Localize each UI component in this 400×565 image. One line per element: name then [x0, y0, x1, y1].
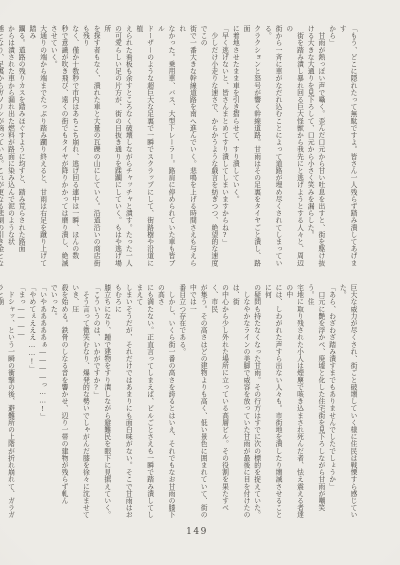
text-column: が集う。その高さはどの建物よりも高く、低い景色に囲まれていて、街の中では一 [187, 284, 208, 524]
text-column: 大通りの端から端までたっぷり踏み躙り終えると、甘雨は右足を蹴り上げて踏み [26, 25, 47, 273]
text-column: 街で一番大きな幹線道路を南へ進んでいく。悲鳴を上げる時間さえも与えられ [176, 25, 197, 273]
text-column: 宅地に取り残された小人は煙塵で咳き込まされ死んだ者、怯え震える者達の中 [283, 284, 304, 524]
text-column: 「もう、どこに隠れたって無駄ですよ。皆さん一人残らず踏み潰してあげます [337, 25, 358, 273]
text-column: に着地させたまま車を引き摺らせて、すり潰していく。 [230, 25, 241, 273]
text-column: 甘雨が熱っぽい声で囁く。歪んだ口元から甘い吐息を出すと、街を駆け抜 [315, 25, 326, 273]
text-column: ドーザーのような超巨大な足裏で一瞬でスクラップにして、街路樹や沿道に植 [133, 25, 154, 273]
text-column: 番目立つ存在である。 [176, 284, 187, 524]
bottom-text-block: 巨大な威力が尽くされ、街ごと破壊していく様に住民は戦慄すら感じていた。「あら、わ… [0, 284, 358, 524]
text-column: ドシャッ、という一瞬の衝撃の後、避難所の上階が折れ崩れて、ガラガラと崩 [0, 284, 16, 524]
text-column: 「早く逃げないと、皆さんまとめてすり潰してしまいますからね?」 [219, 25, 230, 273]
text-column: 「まっ―――― [16, 284, 27, 524]
text-column: 巨大な威力が尽くされ、街ごと破壊していく様に住民は戦慄すら感じていた。 [337, 284, 358, 524]
text-column: 躙る。道路の残りカスを踏みほぐすように均すと、踏み荒らされた路面 [16, 25, 27, 273]
text-column: しまいそうだが、それだけではあまりにも面白味がない。そこで甘雨はおもむろに [112, 284, 133, 524]
text-column: の可愛らしい足の片方が、街の目抜き通りを蹂躙にしていく。もはや逃げ場所 [101, 25, 122, 273]
text-column: えられた看板も余すところなく破壊しながらチャッチャと潰す。たった一人 [123, 25, 134, 273]
text-column: でいった。 [48, 284, 59, 524]
text-column: 少しだけ小走りな速さで、からかうような戯言を紡ぎつつ、絶望的な速度でこの [197, 25, 218, 273]
text-column: 「あら、わざわざ踏み潰すまでもありませんでしたでしょうか」 [326, 284, 337, 524]
text-column: の中心から少し外れた場所に立っている高層ビル。その役割を果たすべく、市民 [208, 284, 229, 524]
text-column: しかし、いくら街一番の高さを誇るとはいえ、それでもなお甘雨の膝下の高さ [155, 284, 176, 524]
text-column: 口元に艶を浮かべ、廃墟と化した住宅街を見下ろしながら甘雨が嘲笑う。住 [304, 284, 325, 524]
text-column: なく、僅か十数秒で市内はあちこち崩れ、逃げ回る連中は一瞬、ほんの数 [69, 25, 80, 273]
text-column: 膝立ちになり、踵で建物をすり潰しながら避難民を眼下に見据えていく。 [101, 284, 112, 524]
text-column: 街を踏み潰し暴れ回る巨大怪獣から我先にと逃げようとする人々と、周辺の [283, 25, 304, 273]
text-column: ける大きな大通りを見下ろして、口元から小さく笑みを漏らした。 [304, 25, 315, 273]
text-column: 秒で意識が吹き飛び、遠くの街でもタイヤが降りかかっては磨り潰し、絶滅させていく。 [48, 25, 69, 273]
text-column: そう言って微笑むなり、爆発的な勢いでしゃがんだ膝を徐々に沈ませていき、圧 [69, 284, 90, 524]
page-number: 149 [0, 527, 394, 537]
text-column: 殺を始める。鉄骨のしなる音を響かせ、辺り一帯の建物が残らず軋ん [58, 284, 69, 524]
text-column: クラクションと怒号が響く幹線道路。甘雨はその足裏をタイヤごと潰し、路面 [240, 25, 261, 273]
text-column: からは潰された車から漏れ出た燃料が路面に染み込んで泥のような状 [5, 25, 16, 273]
book-page: 「もう、どこに隠れたって無駄ですよ。皆さん一人残らず踏み潰してあげますから」 甘… [0, 0, 400, 565]
text-column: にも満たない。正直言ってしまえば、ビルごとさえも一瞬で踏み潰してしまえて [133, 284, 154, 524]
text-column: を探す者もなく、潰れた車と大量の瓦礫の山にしていく。沿道沿いの商店街も残り [80, 25, 101, 273]
text-column: 「こういうのは、いかがですか?」 [90, 284, 101, 524]
text-column: から」 [326, 25, 337, 273]
text-column: 態となり、足裏からガソリンが滴っている。これが更なる悲劇の引き金となっ [0, 25, 5, 273]
top-text-block: 「もう、どこに隠れたって無駄ですよ。皆さん一人残らず踏み潰してあげますから」 甘… [0, 25, 358, 273]
text-column: 「やめてぇえええ……!」 [26, 284, 37, 524]
text-column: しなやかなラインの美脚で威容を放っていた甘雨が最後に目を付けたのは、街 [230, 284, 251, 524]
text-column: 街から一斉に車がなだれ込むことによって道路が埋め尽くされてしまっている。 [262, 25, 283, 273]
text-column: には、しわがれた声すら出ない人々も。市街地を潰したり壊滅させることに何 [262, 284, 283, 524]
text-column: なかった。乗用車、バス、大型トレーラー。路肩に停められていた車も皆ブル [155, 25, 176, 273]
text-column: 「いやあああああぁ――――っ……!」 [37, 284, 48, 524]
text-column: の疑問も持たなくなった甘雨。その行方はすでに次の標的を捉えていた。 [251, 284, 262, 524]
